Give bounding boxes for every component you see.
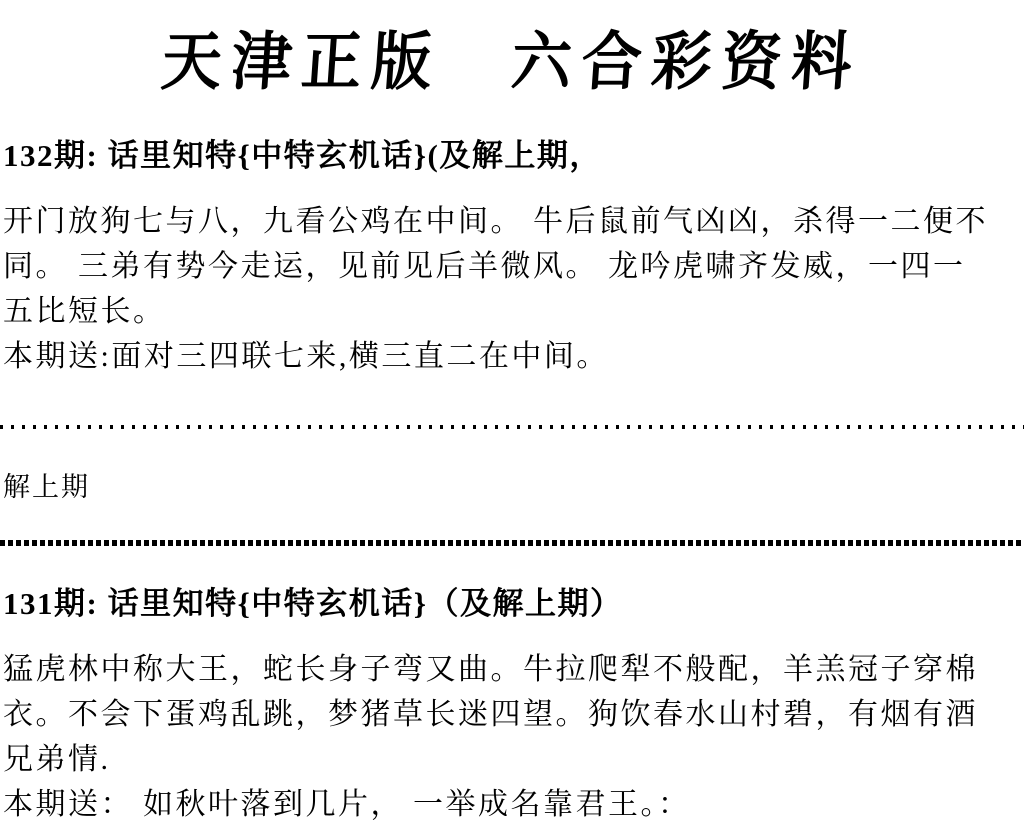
solve-previous-label: 解上期 xyxy=(3,465,1024,504)
section-131-line-3: 兄弟情. xyxy=(3,737,1024,782)
section-131-line-1: 猛虎林中称大王，蛇长身子弯又曲。牛拉爬犁不般配，羊羔冠子穿棉 xyxy=(3,647,1024,692)
section-131-line-4: 本期送： 如秋叶落到几片， 一举成名靠君王。： xyxy=(3,782,1024,824)
dotted-separator-thin xyxy=(0,425,1024,429)
document-page: 天津正版 六合彩资料 132期: 话里知特{中特玄机话}(及解上期， 开门放狗七… xyxy=(0,0,1024,824)
section-132-heading: 132期: 话里知特{中特玄机话}(及解上期， xyxy=(3,130,1024,175)
section-131-heading: 131期: 话里知特{中特玄机话}（及解上期） xyxy=(3,578,1024,623)
section-131-paragraph: 猛虎林中称大王，蛇长身子弯又曲。牛拉爬犁不般配，羊羔冠子穿棉 衣。不会下蛋鸡乱跳… xyxy=(3,647,1024,824)
section-132-line-3: 五比短长。 xyxy=(3,289,1024,334)
dotted-separator-bold xyxy=(0,540,1024,546)
page-title: 天津正版 六合彩资料 xyxy=(0,11,1024,102)
section-132-line-1: 开门放狗七与八，九看公鸡在中间。 牛后鼠前气凶凶，杀得一二便不 xyxy=(3,199,1024,244)
section-132-paragraph: 开门放狗七与八，九看公鸡在中间。 牛后鼠前气凶凶，杀得一二便不 同。 三弟有势今… xyxy=(3,199,1024,379)
section-132-line-4: 本期送:面对三四联七来,横三直二在中间。 xyxy=(3,334,1024,379)
section-132-line-2: 同。 三弟有势今走运，见前见后羊微风。 龙吟虎啸齐发威，一四一 xyxy=(3,244,1024,289)
section-131-line-2: 衣。不会下蛋鸡乱跳，梦猪草长迷四望。狗饮春水山村碧，有烟有酒 xyxy=(3,692,1024,737)
